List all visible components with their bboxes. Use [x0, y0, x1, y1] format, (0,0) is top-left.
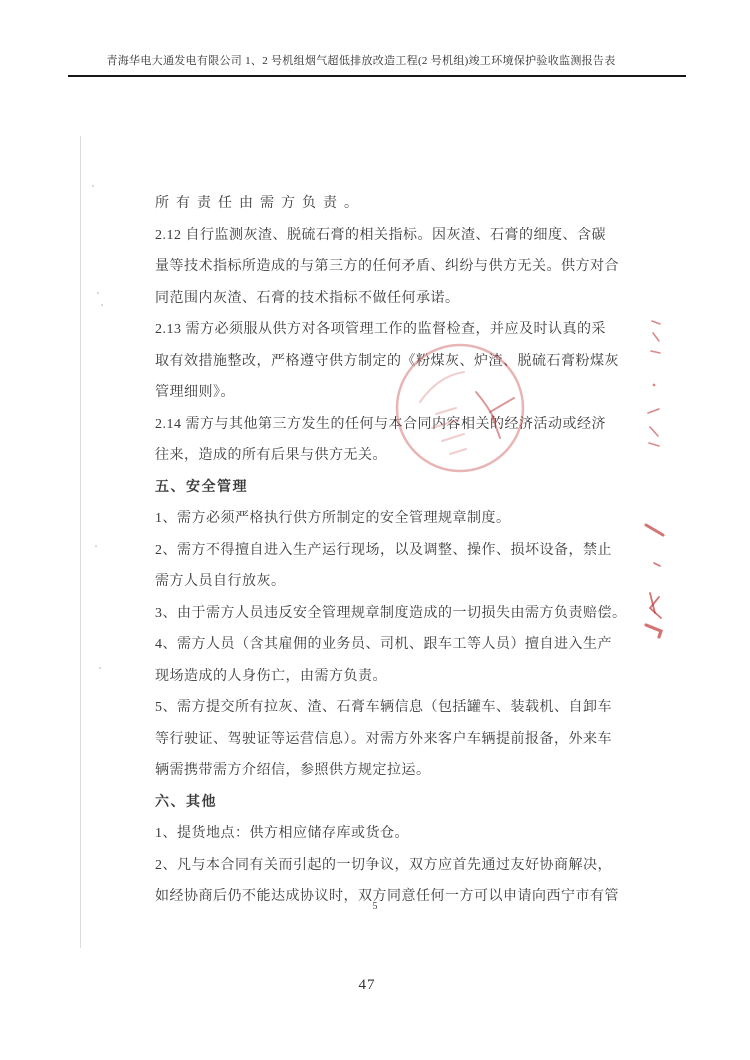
text-line: 3、由于需方人员违反安全管理规章制度造成的一切损失由需方负责赔偿。	[155, 598, 625, 630]
text-line: 2、需方不得擅自进入生产运行现场，以及调整、操作、损坏设备，禁止	[155, 535, 625, 567]
scan-noise-speck	[99, 667, 101, 669]
text-line: 1、提货地点：供方相应储存库或货仓。	[155, 818, 625, 850]
text-line: 量等技术指标所造成的与第三方的任何矛盾、纠纷与供方无关。供方对合	[155, 251, 625, 283]
text-line: 等行驶证、驾驶证等运营信息）。对需方外来客户车辆提前报备，外来车	[155, 724, 625, 756]
red-stamp-icon	[392, 340, 532, 480]
header-title: 青海华电大通发电有限公司 1、2 号机组烟气超低排放改造工程(2 号机组)竣工环…	[0, 52, 750, 68]
page-number: 47	[0, 977, 750, 994]
scan-noise-speck	[95, 545, 97, 547]
margin-annotation-lower	[640, 515, 674, 640]
contract-body: 所有责任由需方负责。 2.12 自行监测灰渣、脱硫石膏的相关指标。因灰渣、石膏的…	[155, 188, 625, 913]
text-line: 所有责任由需方负责。	[155, 188, 625, 220]
scan-noise-speck	[97, 292, 99, 294]
inner-page-number: 5	[0, 901, 750, 912]
scan-edge-line	[80, 136, 81, 948]
text-line: 1、需方必须严格执行供方所制定的安全管理规章制度。	[155, 503, 625, 535]
scan-noise-speck	[92, 185, 94, 187]
text-line: 4、需方人员（含其雇佣的业务员、司机、跟车工等人员）擅自进入生产	[155, 629, 625, 661]
text-line: 往来，造成的所有后果与供方无关。	[155, 440, 625, 472]
text-line: 现场造成的人身伤亡，由需方负责。	[155, 661, 625, 693]
text-line: 5、需方提交所有拉灰、渣、石膏车辆信息（包括罐车、装载机、自卸车	[155, 692, 625, 724]
margin-annotation-upper	[640, 315, 674, 455]
text-line: 2.14 需方与其他第三方发生的任何与本合同内容相关的经济活动或经济	[155, 409, 625, 441]
header-rule	[68, 75, 686, 77]
text-line: 管理细则》。	[155, 377, 625, 409]
text-line: 同范围内灰渣、石膏的技术指标不做任何承诺。	[155, 283, 625, 315]
section-heading-other: 六、其他	[155, 787, 625, 819]
section-heading-safety: 五、安全管理	[155, 472, 625, 504]
text-line: 2、凡与本合同有关而引起的一切争议，双方应首先通过友好协商解决，	[155, 850, 625, 882]
scan-noise-speck	[101, 304, 103, 306]
text-line: 2.12 自行监测灰渣、脱硫石膏的相关指标。因灰渣、石膏的细度、含碳	[155, 220, 625, 252]
text-line: 辆需携带需方介绍信，参照供方规定拉运。	[155, 755, 625, 787]
text-line: 2.13 需方必须服从供方对各项管理工作的监督检查，并应及时认真的采	[155, 314, 625, 346]
text-line: 需方人员自行放灰。	[155, 566, 625, 598]
text-line: 取有效措施整改，严格遵守供方制定的《粉煤灰、炉渣、脱硫石膏粉煤灰	[155, 346, 625, 378]
